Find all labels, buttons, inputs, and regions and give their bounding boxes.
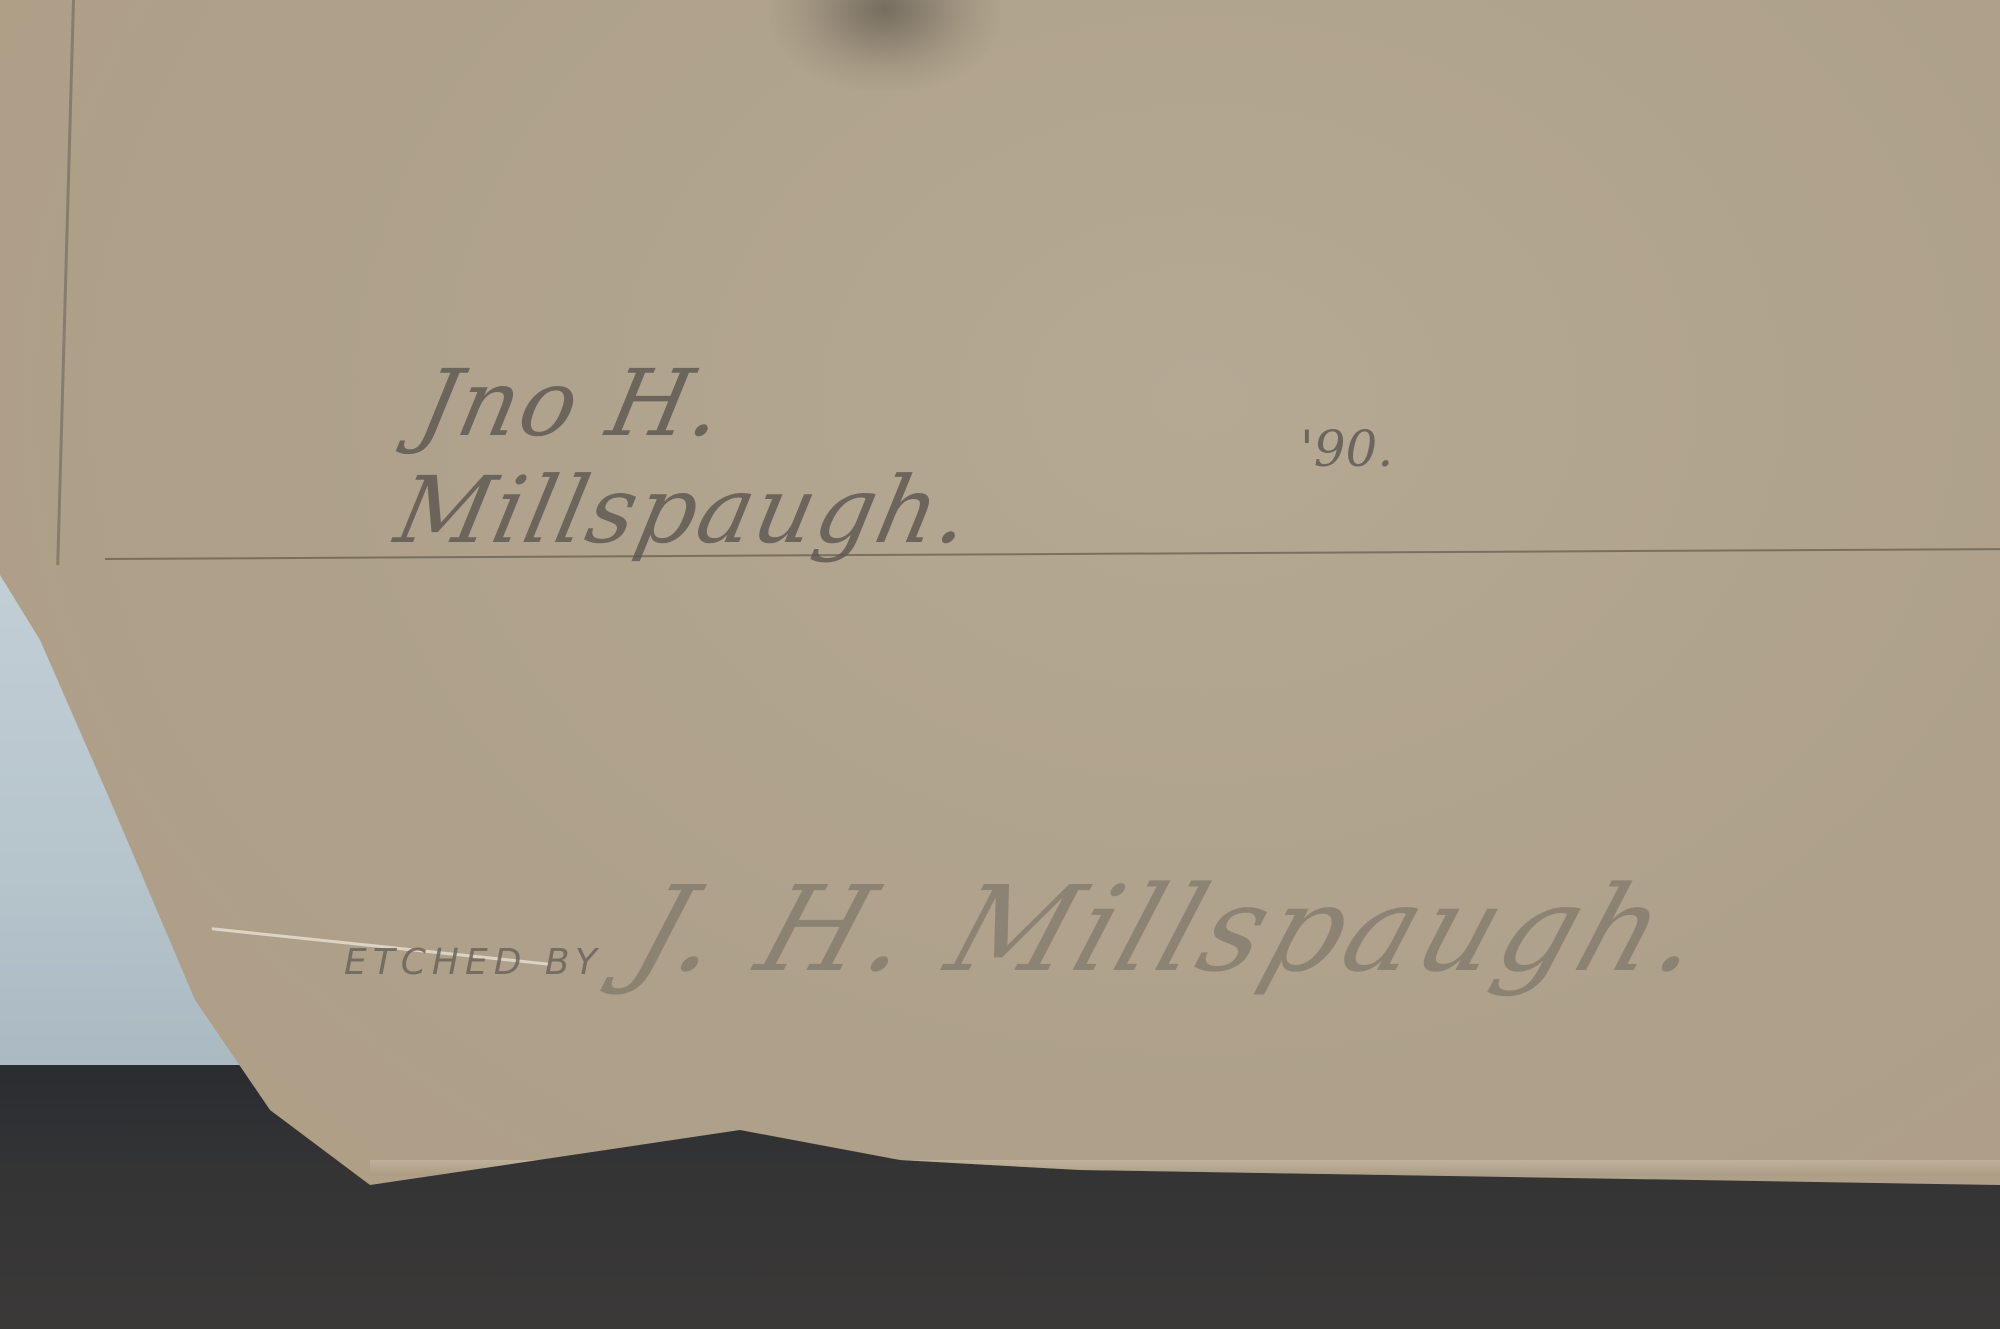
photo-scene: Jno H. Millspaugh. '90. ETCHED BY J. H. … [0,0,2000,1329]
pencil-signature-name: Jno H. Millspaugh. [387,350,1332,564]
drawing-fragment [770,0,1000,90]
etched-by-label: ETCHED BY [344,942,603,983]
torn-paper-sheet: Jno H. Millspaugh. '90. ETCHED BY J. H. … [0,0,2000,1329]
pencil-signature-year: '90. [1300,420,1393,478]
plate-border-left-line [56,0,75,565]
pencil-signature: Jno H. Millspaugh. [410,330,1310,470]
etched-signature: J. H. Millspaugh. [618,860,1727,998]
etched-credit-line: ETCHED BY J. H. Millspaugh. [340,850,1840,1050]
